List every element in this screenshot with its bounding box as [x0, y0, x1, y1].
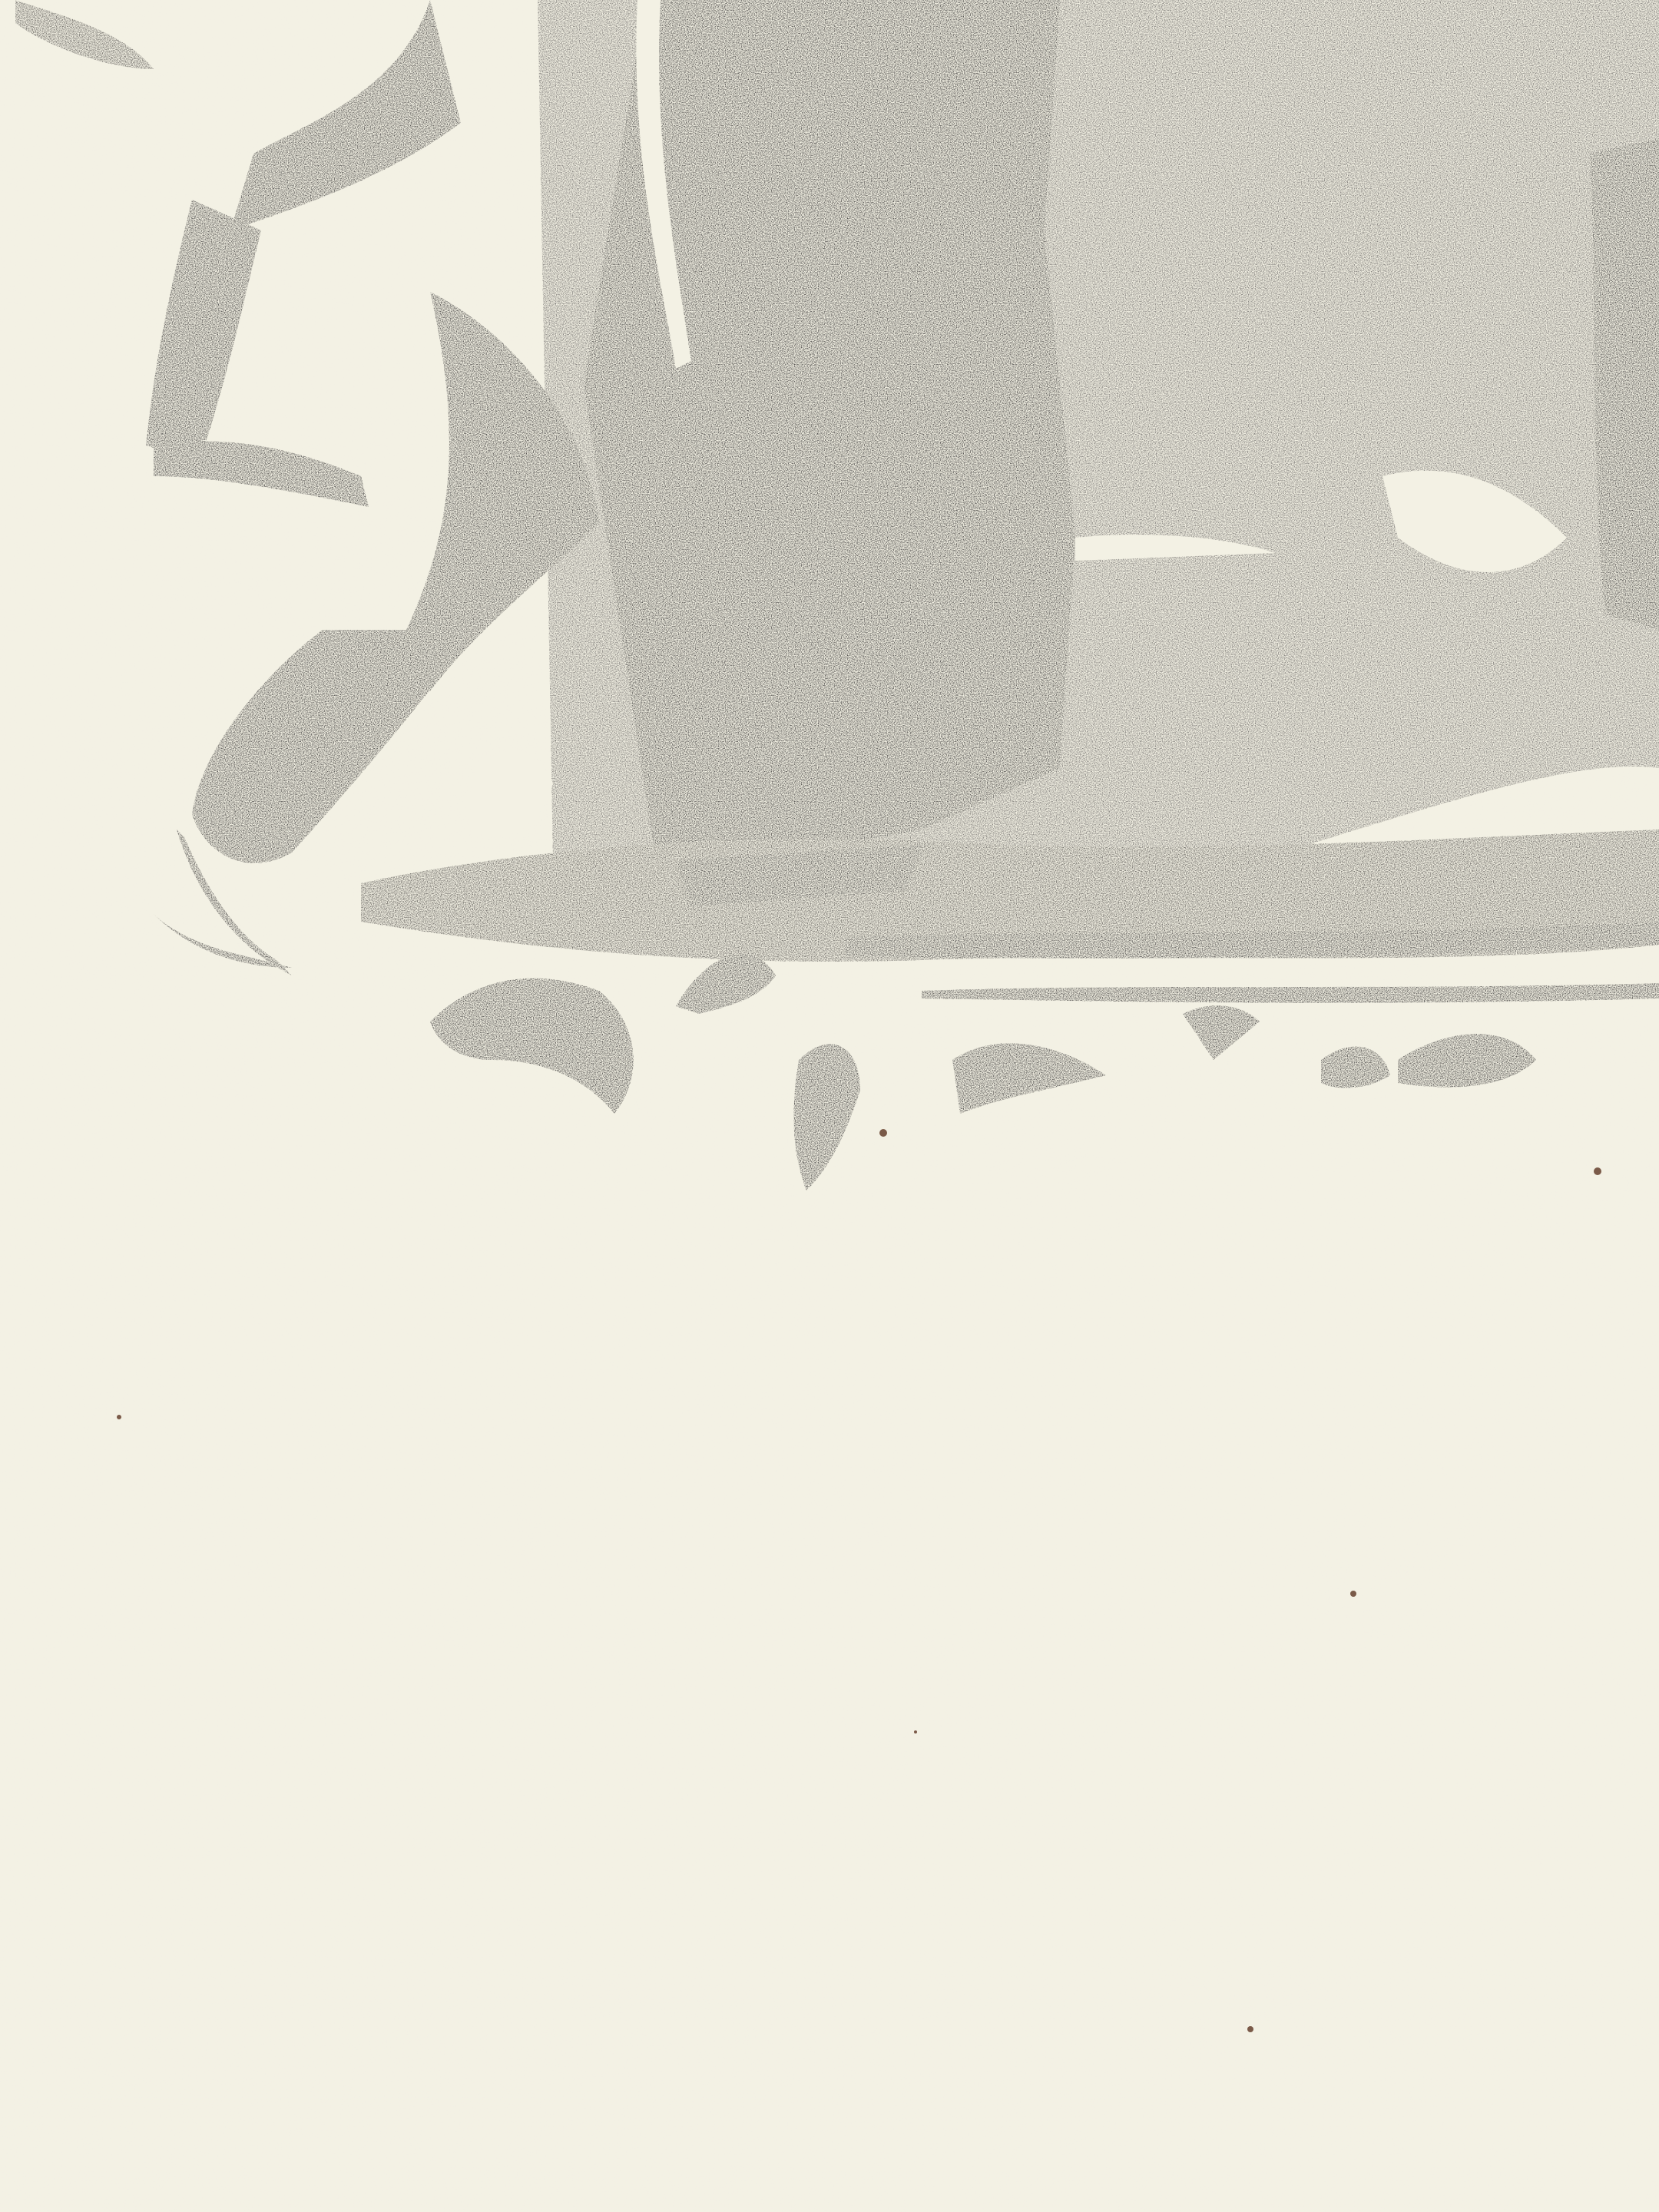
- print-canvas: [0, 0, 1659, 2212]
- lithograph-print: [0, 0, 1659, 2212]
